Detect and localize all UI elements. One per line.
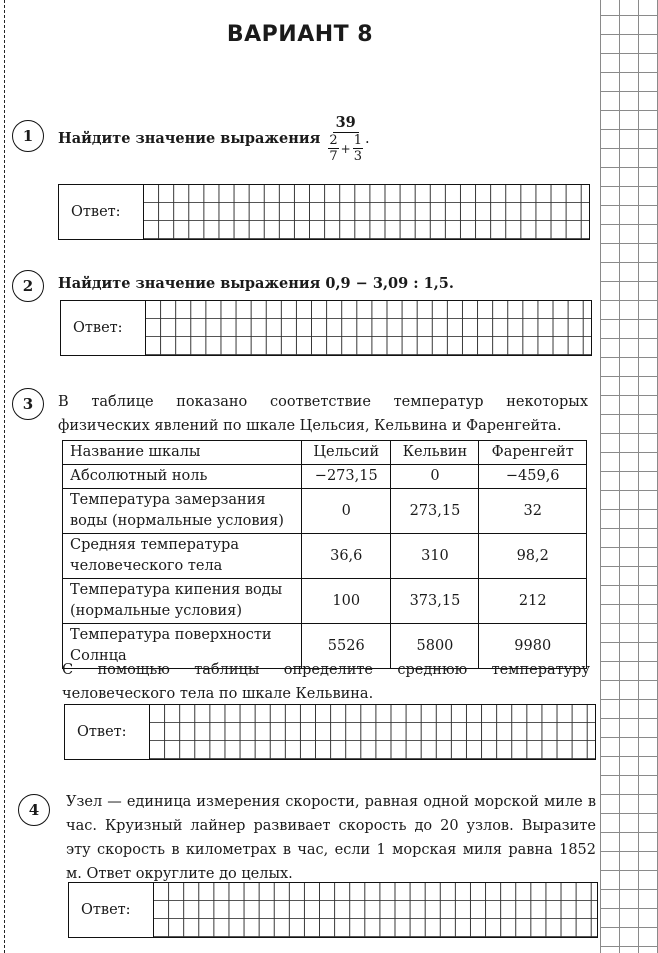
header-fahrenheit: Фаренгейт (479, 441, 587, 465)
table-row: Температура замерзания воды (нормальные … (63, 489, 587, 534)
cut-line (4, 0, 5, 953)
answer-grid-3[interactable] (150, 705, 595, 759)
celsius-value: 36,6 (302, 534, 391, 579)
answer-grid-4[interactable] (154, 883, 597, 937)
table-row: Средняя температура человеческого тела 3… (63, 534, 587, 579)
fraction-numerator: 39 (333, 114, 359, 133)
header-scale-name: Название шкалы (63, 441, 302, 465)
margin-grid (600, 0, 658, 953)
question-1-text: Найдите значение выражения 39 2 7 + 1 3 … (58, 114, 398, 164)
question-4-text: Узел — единица измерения скорости, равна… (66, 790, 596, 886)
fahrenheit-value: −459,6 (479, 465, 587, 489)
question-number-text: 1 (23, 127, 33, 145)
answer-box-4[interactable]: Ответ: (68, 882, 598, 938)
fahrenheit-value: 212 (479, 579, 587, 624)
trailing-period: . (365, 127, 370, 151)
question-2-text: Найдите значение выражения 0,9 − 3,09 : … (58, 272, 588, 296)
row-label: Температура кипения воды (нормальные усл… (63, 579, 302, 624)
answer-box-1[interactable]: Ответ: (58, 184, 590, 240)
celsius-value: 0 (302, 489, 391, 534)
kelvin-value: 310 (391, 534, 479, 579)
term2-fraction: 1 3 (353, 133, 363, 164)
header-kelvin: Кельвин (391, 441, 479, 465)
question-1-prompt: Найдите значение выражения (58, 127, 320, 151)
question-number-text: 3 (23, 395, 33, 413)
answer-box-3[interactable]: Ответ: (64, 704, 596, 760)
page-title: ВАРИАНТ 8 (0, 22, 600, 47)
row-label: Температура замерзания воды (нормальные … (63, 489, 302, 534)
celsius-value: −273,15 (302, 465, 391, 489)
table-row: Температура кипения воды (нормальные усл… (63, 579, 587, 624)
answer-label: Ответ: (61, 301, 146, 355)
fahrenheit-value: 32 (479, 489, 587, 534)
header-celsius: Цельсий (302, 441, 391, 465)
question-number-2: 2 (12, 270, 44, 302)
term1-denominator: 7 (329, 149, 337, 164)
kelvin-value: 373,15 (391, 579, 479, 624)
term2-numerator: 1 (353, 133, 363, 149)
answer-grid-1[interactable] (144, 185, 589, 239)
table-row: Абсолютный ноль −273,15 0 −459,6 (63, 465, 587, 489)
question-3-intro: В таблице показано соответствие температ… (58, 390, 588, 438)
answer-grid-2[interactable] (146, 301, 591, 355)
answer-box-2[interactable]: Ответ: (60, 300, 592, 356)
row-label: Абсолютный ноль (63, 465, 302, 489)
plus-operator: + (341, 140, 351, 158)
row-label: Средняя температура человеческого тела (63, 534, 302, 579)
question-number-text: 2 (23, 277, 33, 295)
fraction-denominator: 2 7 + 1 3 (328, 133, 363, 164)
question-number-1: 1 (12, 120, 44, 152)
term1-numerator: 2 (328, 133, 338, 149)
table-header-row: Название шкалы Цельсий Кельвин Фаренгейт (63, 441, 587, 465)
question-number-text: 4 (29, 801, 39, 819)
answer-label: Ответ: (59, 185, 144, 239)
answer-label: Ответ: (65, 705, 150, 759)
term2-denominator: 3 (354, 149, 362, 164)
celsius-value: 100 (302, 579, 391, 624)
kelvin-value: 0 (391, 465, 479, 489)
kelvin-value: 273,15 (391, 489, 479, 534)
term1-fraction: 2 7 (328, 133, 338, 164)
temperature-table: Название шкалы Цельсий Кельвин Фаренгейт… (62, 440, 587, 669)
answer-label: Ответ: (69, 883, 154, 937)
question-number-3: 3 (12, 388, 44, 420)
question-3-prompt: С помощью таблицы определите среднюю тем… (62, 658, 590, 706)
expression-fraction: 39 2 7 + 1 3 (328, 114, 363, 164)
fahrenheit-value: 98,2 (479, 534, 587, 579)
question-number-4: 4 (18, 794, 50, 826)
